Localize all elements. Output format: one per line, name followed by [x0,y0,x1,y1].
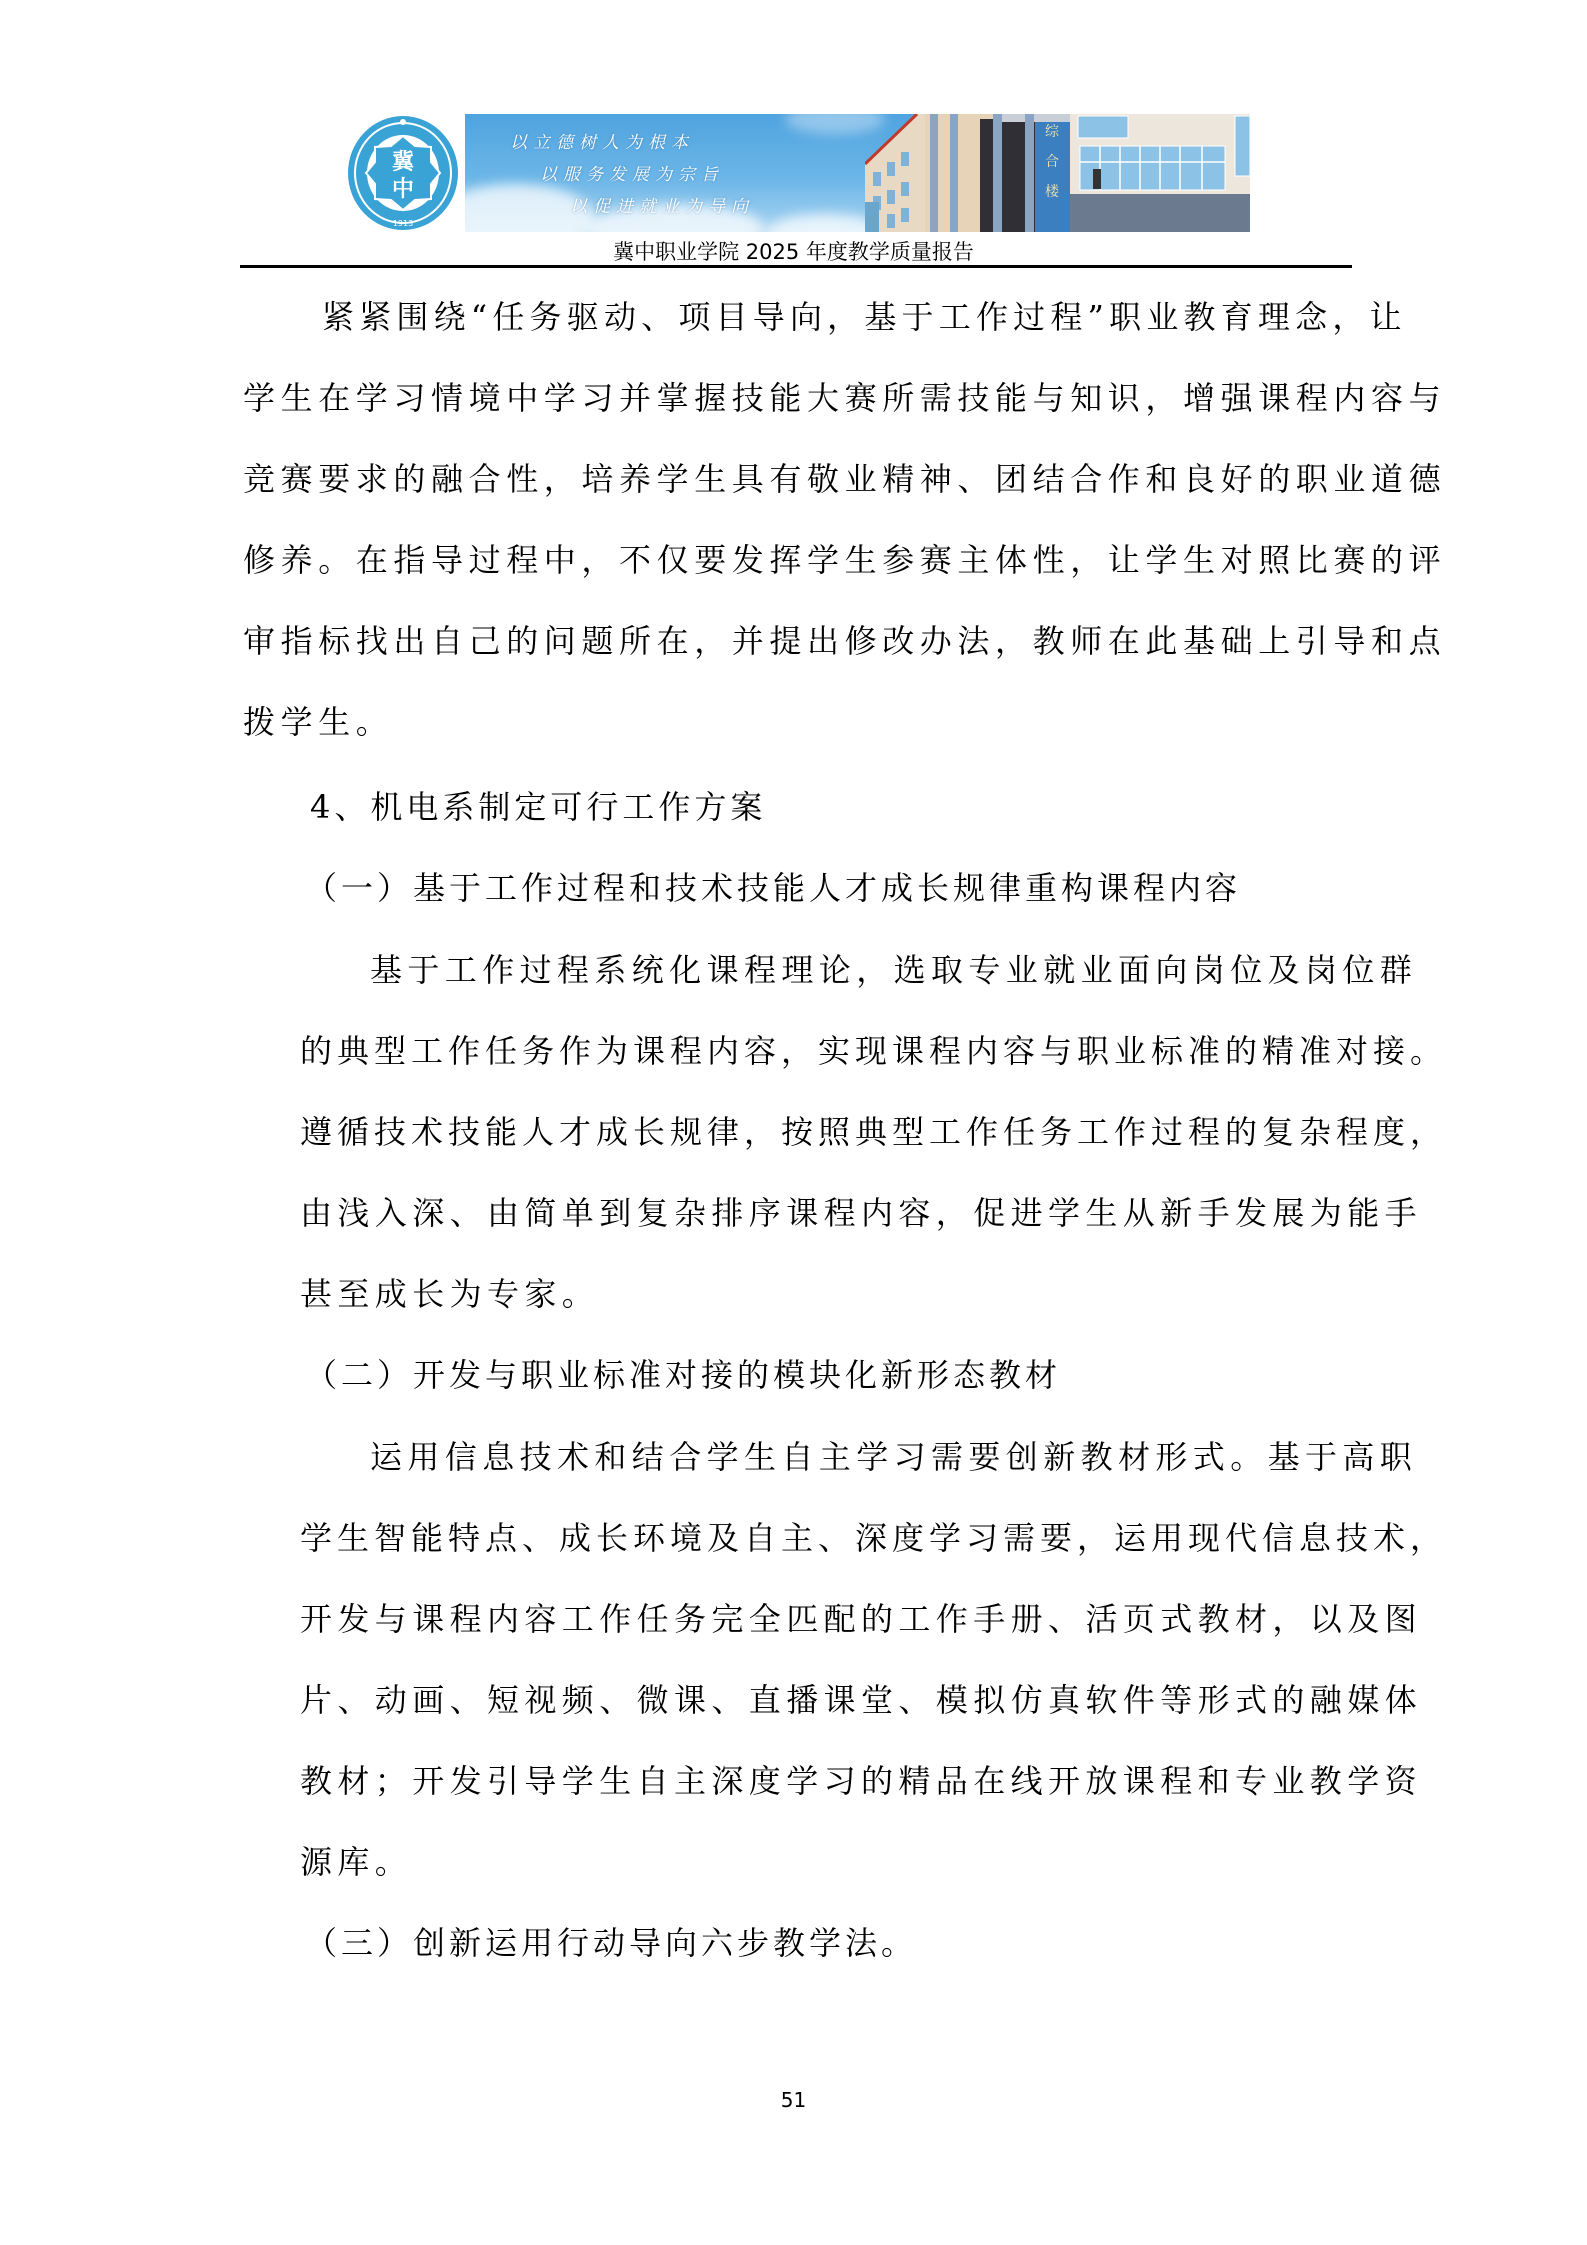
subsection-heading-1: （一）基于工作过程和技术技能人才成长规律重构课程内容 [305,868,1241,908]
text-line: 教材；开发引导学生自主深度学习的精品在线开放课程和专业教学资 [300,1761,1422,1801]
text-line: 基于工作过程系统化课程理论，选取专业就业面向岗位及岗位群 [370,950,1417,990]
banner-motto-1: 以立德树人为根本 [510,128,694,153]
report-title: 冀中职业学院 2025 年度教学质量报告 [0,236,1587,266]
text-line: 学生在学习情境中学习并掌握技能大赛所需技能与知识，增强课程内容与 [243,378,1446,418]
svg-text:综: 综 [1045,124,1060,140]
college-logo: 冀 中 1913 [345,114,461,232]
banner-motto-3: 以促进就业为导向 [570,192,754,217]
section-heading-4: 4、机电系制定可行工作方案 [310,787,766,827]
subsection-heading-2: （二）开发与职业标准对接的模块化新形态教材 [305,1355,1061,1395]
header-divider [240,265,1352,268]
college-emblem-icon: 冀 中 1913 [345,114,461,232]
header-banner: 以立德树人为根本 以服务发展为宗旨 以促进就业为导向 综 合 楼 [465,114,1250,232]
text-line: 甚至成长为专家。 [300,1274,599,1314]
svg-text:中: 中 [392,176,414,202]
text-line: 由浅入深、由简单到复杂排序课程内容，促进学生从新手发展为能手 [300,1193,1422,1233]
text-line: 拨学生。 [243,702,393,742]
campus-building-image: 综 合 楼 [865,114,1250,232]
text-line: 审指标找出自己的问题所在，并提出修改办法，教师在此基础上引导和点 [243,621,1446,661]
text-line: 紧紧围绕“任务驱动、项目导向，基于工作过程”职业教育理念，让 [322,297,1407,337]
text-line: 修养。在指导过程中，不仅要发挥学生参赛主体性，让学生对照比赛的评 [243,540,1446,580]
text-line: 片、动画、短视频、微课、直播课堂、模拟仿真软件等形式的融媒体 [300,1680,1422,1720]
text-line: 学生智能特点、成长环境及自主、深度学习需要，运用现代信息技术， [300,1518,1447,1558]
svg-text:冀: 冀 [392,149,415,175]
text-line: 源库。 [300,1842,412,1882]
svg-text:楼: 楼 [1045,183,1060,200]
text-line: 遵循技术技能人才成长规律，按照典型工作任务工作过程的复杂程度， [300,1112,1447,1152]
text-line: 运用信息技术和结合学生自主学习需要创新教材形式。基于高职 [370,1437,1417,1477]
text-line: 的典型工作任务作为课程内容，实现课程内容与职业标准的精准对接。 [300,1031,1447,1071]
text-line: 开发与课程内容工作任务完全匹配的工作手册、活页式教材，以及图 [300,1599,1422,1639]
svg-text:合: 合 [1045,154,1059,170]
text-line: 竞赛要求的融合性，培养学生具有敬业精神、团结合作和良好的职业道德 [243,459,1446,499]
banner-motto-2: 以服务发展为宗旨 [540,160,724,185]
page-header: 冀 中 1913 以立德树人为根本 以服务发展为宗旨 以促进就业为导向 [0,0,1587,275]
page-number: 51 [0,2088,1587,2112]
svg-text:1913: 1913 [393,219,413,228]
subsection-heading-3: （三）创新运用行动导向六步教学法。 [305,1923,917,1963]
